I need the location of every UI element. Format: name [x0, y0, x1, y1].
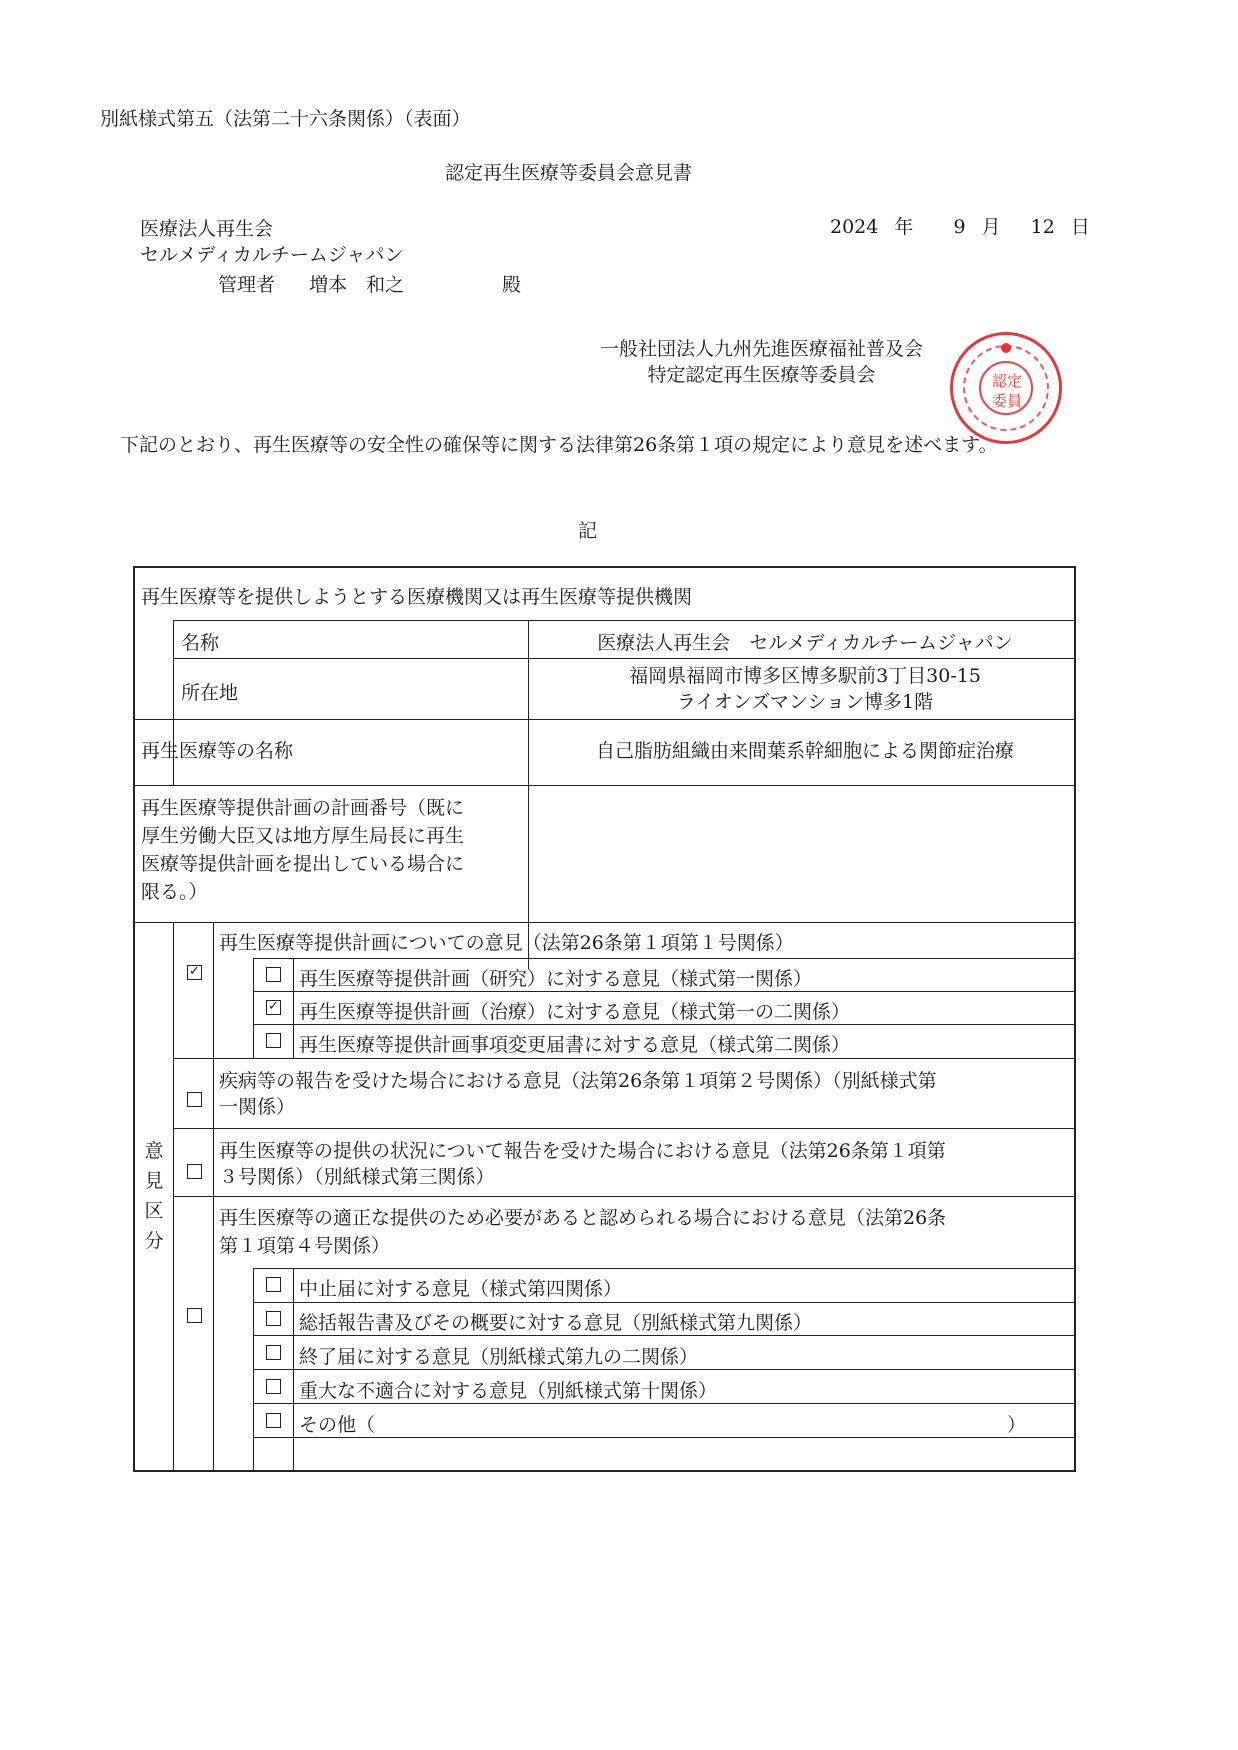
document-title: 認定再生医療等委員会意見書: [445, 158, 692, 185]
manager-title: 管理者: [218, 274, 275, 296]
opinion-1-label: 再生医療等提供計画についての意見（法第26条第１項第１号関係）: [219, 928, 794, 955]
opinion-4-label: 再生医療等の適正な提供のため必要があると認められる場合における意見（法第26条 …: [219, 1204, 946, 1260]
opinion-1-sub-2-checkbox[interactable]: ✓: [266, 1000, 281, 1015]
date-year-unit: 年: [894, 216, 913, 238]
issuer: 一般社団法人九州先進医療福祉普及会 特定認定再生医療等委員会: [600, 336, 923, 388]
opinion-1-sub-1-label: 再生医療等提供計画（研究）に対する意見（様式第一関係）: [299, 964, 812, 991]
opinion-form-table: 再生医療等を提供しようとする医療機関又は再生医療等提供機関 名称 医療法人再生会…: [133, 566, 1076, 1472]
opinion-1-sub-1-checkbox[interactable]: [266, 967, 281, 982]
name-label: 名称: [181, 628, 219, 655]
provider-section-label: 再生医療等を提供しようとする医療機関又は再生医療等提供機関: [141, 582, 692, 609]
address-label: 所在地: [181, 678, 238, 705]
plan-number-field[interactable]: [535, 808, 1065, 848]
opinion-1-checkbox[interactable]: ✓: [187, 965, 202, 980]
address-value: 福岡県福岡市博多区博多駅前3丁目30-15 ライオンズマンション博多1階: [535, 663, 1075, 715]
opinion-1-sub-2-label: 再生医療等提供計画（治療）に対する意見（様式第一の二関係）: [299, 997, 850, 1024]
opinion-4-checkbox[interactable]: [187, 1308, 202, 1323]
other-specify-field[interactable]: [350, 1410, 870, 1434]
opinion-4-sub-3-label: 終了届に対する意見（別紙様式第九の二関係）: [299, 1342, 698, 1369]
plan-number-label: 再生医療等提供計画の計画番号（既に 厚生労働大臣又は地方厚生局長に再生 医療等提…: [141, 794, 464, 906]
name-value: 医療法人再生会 セルメディカルチームジャパン: [535, 628, 1075, 655]
date-day-unit: 日: [1071, 216, 1090, 238]
opinion-2-label: 疾病等の報告を受けた場合における意見（法第26条第１項第２号関係）（別紙様式第 …: [219, 1068, 937, 1120]
issuer-line1: 一般社団法人九州先進医療福祉普及会: [600, 336, 923, 362]
opinion-4-sub-2-checkbox[interactable]: [266, 1311, 281, 1326]
document-date: 2024 年 9 月 12 日: [830, 212, 1090, 239]
addressee-manager: 管理者 増本 和之: [218, 270, 404, 297]
date-month-unit: 月: [982, 216, 1001, 238]
manager-name: 増本 和之: [309, 274, 404, 296]
opinion-4-sub-3-checkbox[interactable]: [266, 1345, 281, 1360]
opinion-4-sub-4-checkbox[interactable]: [266, 1379, 281, 1394]
addressee-org-line1: 医療法人再生会: [140, 216, 404, 242]
opinion-3-checkbox[interactable]: [187, 1164, 202, 1179]
form-reference: 別紙様式第五（法第二十六条関係）（表面）: [100, 104, 471, 131]
address-line1: 福岡県福岡市博多区博多駅前3丁目30-15: [535, 663, 1075, 689]
issuer-line2: 特定認定再生医療等委員会: [600, 362, 923, 388]
address-line2: ライオンズマンション博多1階: [535, 689, 1075, 715]
opinion-4-sub-1-label: 中止届に対する意見（様式第四関係）: [299, 1274, 622, 1301]
addressee-organization: 医療法人再生会 セルメディカルチームジャパン: [140, 216, 404, 268]
opinion-4-sub-2-label: 総括報告書及びその概要に対する意見（別紙様式第九関係）: [299, 1308, 812, 1335]
intro-paragraph: 下記のとおり、再生医療等の安全性の確保等に関する法律第26条第１項の規定により意…: [100, 432, 1085, 459]
honorific: 殿: [502, 270, 521, 297]
opinion-4-sub-1-checkbox[interactable]: [266, 1277, 281, 1292]
therapy-name-value: 自己脂肪組織由来間葉系幹細胞による関節症治療: [535, 736, 1075, 763]
opinion-4-sub-5-checkbox[interactable]: [266, 1413, 281, 1428]
seal-glyph-icon: 認定委員: [987, 371, 1027, 411]
opinion-1-sub-3-checkbox[interactable]: [266, 1033, 281, 1048]
addressee-org-line2: セルメディカルチームジャパン: [140, 242, 404, 268]
opinion-2-checkbox[interactable]: [187, 1092, 202, 1107]
therapy-name-label: 再生医療等の名称: [141, 736, 293, 763]
date-year: 2024: [830, 216, 878, 238]
opinion-4-sub-4-label: 重大な不適合に対する意見（別紙様式第十関係）: [299, 1376, 717, 1403]
opinion-3-label: 再生医療等の提供の状況について報告を受けた場合における意見（法第26条第１項第 …: [219, 1138, 946, 1190]
date-month: 9: [953, 216, 965, 238]
red-seal-stamp: 認定委員: [950, 332, 1062, 444]
ki-heading: 記: [578, 516, 597, 543]
other-close-paren: ）: [1007, 1410, 1026, 1437]
opinion-category-label: 意見区分: [144, 1136, 164, 1256]
date-day: 12: [1031, 216, 1055, 238]
opinion-1-sub-3-label: 再生医療等提供計画事項変更届書に対する意見（様式第二関係）: [299, 1030, 850, 1057]
